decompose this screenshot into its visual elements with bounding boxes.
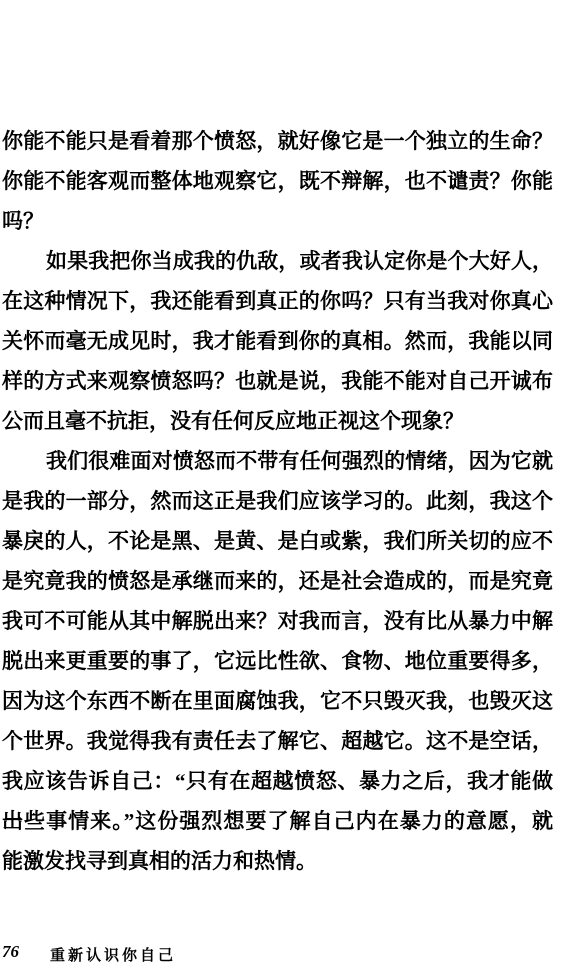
text-line: 是究竟我的愤怒是承继而来的，还是社会造成的，而是究竟	[2, 561, 553, 601]
text-line: 我应该告诉自己：“只有在超越愤怒、暴力之后，我才能做出	[2, 761, 553, 801]
text-line: 关怀而毫无成见时，我才能看到你的真相。然而，我能以同	[2, 321, 553, 361]
text-line: 如果我把你当成我的仇敌，或者我认定你是个大好人，	[2, 241, 553, 281]
text-line: 个世界。我觉得我有责任去了解它、超越它。这不是空话，	[2, 721, 553, 761]
text-line: 样的方式来观察愤怒吗？也就是说，我能不能对自己开诚布	[2, 361, 553, 401]
book-page: 你能不能只是看着那个愤怒，就好像它是一个独立的生命？ 你能不能客观而整体地观察它…	[0, 0, 568, 964]
text-line: 因为这个东西不断在里面腐蚀我，它不只毁灭我，也毁灭这	[2, 681, 553, 721]
text-line: 一些事情来。”这份强烈想要了解自己内在暴力的意愿，就	[2, 801, 553, 841]
text-line: 在这种情况下，我还能看到真正的你吗？只有当我对你真心	[2, 281, 553, 321]
text-line: 能激发找寻到真相的活力和热情。	[2, 841, 553, 881]
text-line: 我可不可能从其中解脱出来？对我而言，没有比从暴力中解	[2, 601, 553, 641]
text-line: 吗？	[2, 201, 553, 241]
body-text: 你能不能只是看着那个愤怒，就好像它是一个独立的生命？ 你能不能客观而整体地观察它…	[2, 121, 553, 881]
text-line: 暴戾的人，不论是黑、是黄、是白或紫，我们所关切的应不	[2, 521, 553, 561]
text-line: 我们很难面对愤怒而不带有任何强烈的情绪，因为它就	[2, 441, 553, 481]
text-line: 你能不能只是看着那个愤怒，就好像它是一个独立的生命？	[2, 121, 553, 161]
page-number: 76	[2, 942, 19, 962]
page-footer: 76 重新认识你自己	[0, 938, 568, 964]
text-line: 公而且毫不抗拒，没有任何反应地正视这个现象？	[2, 401, 553, 441]
text-line: 你能不能客观而整体地观察它，既不辩解，也不谴责？你能	[2, 161, 553, 201]
text-line: 是我的一部分，然而这正是我们应该学习的。此刻，我这个	[2, 481, 553, 521]
book-title: 重新认识你自己	[50, 944, 176, 964]
text-line: 脱出来更重要的事了，它远比性欲、食物、地位重要得多，	[2, 641, 553, 681]
